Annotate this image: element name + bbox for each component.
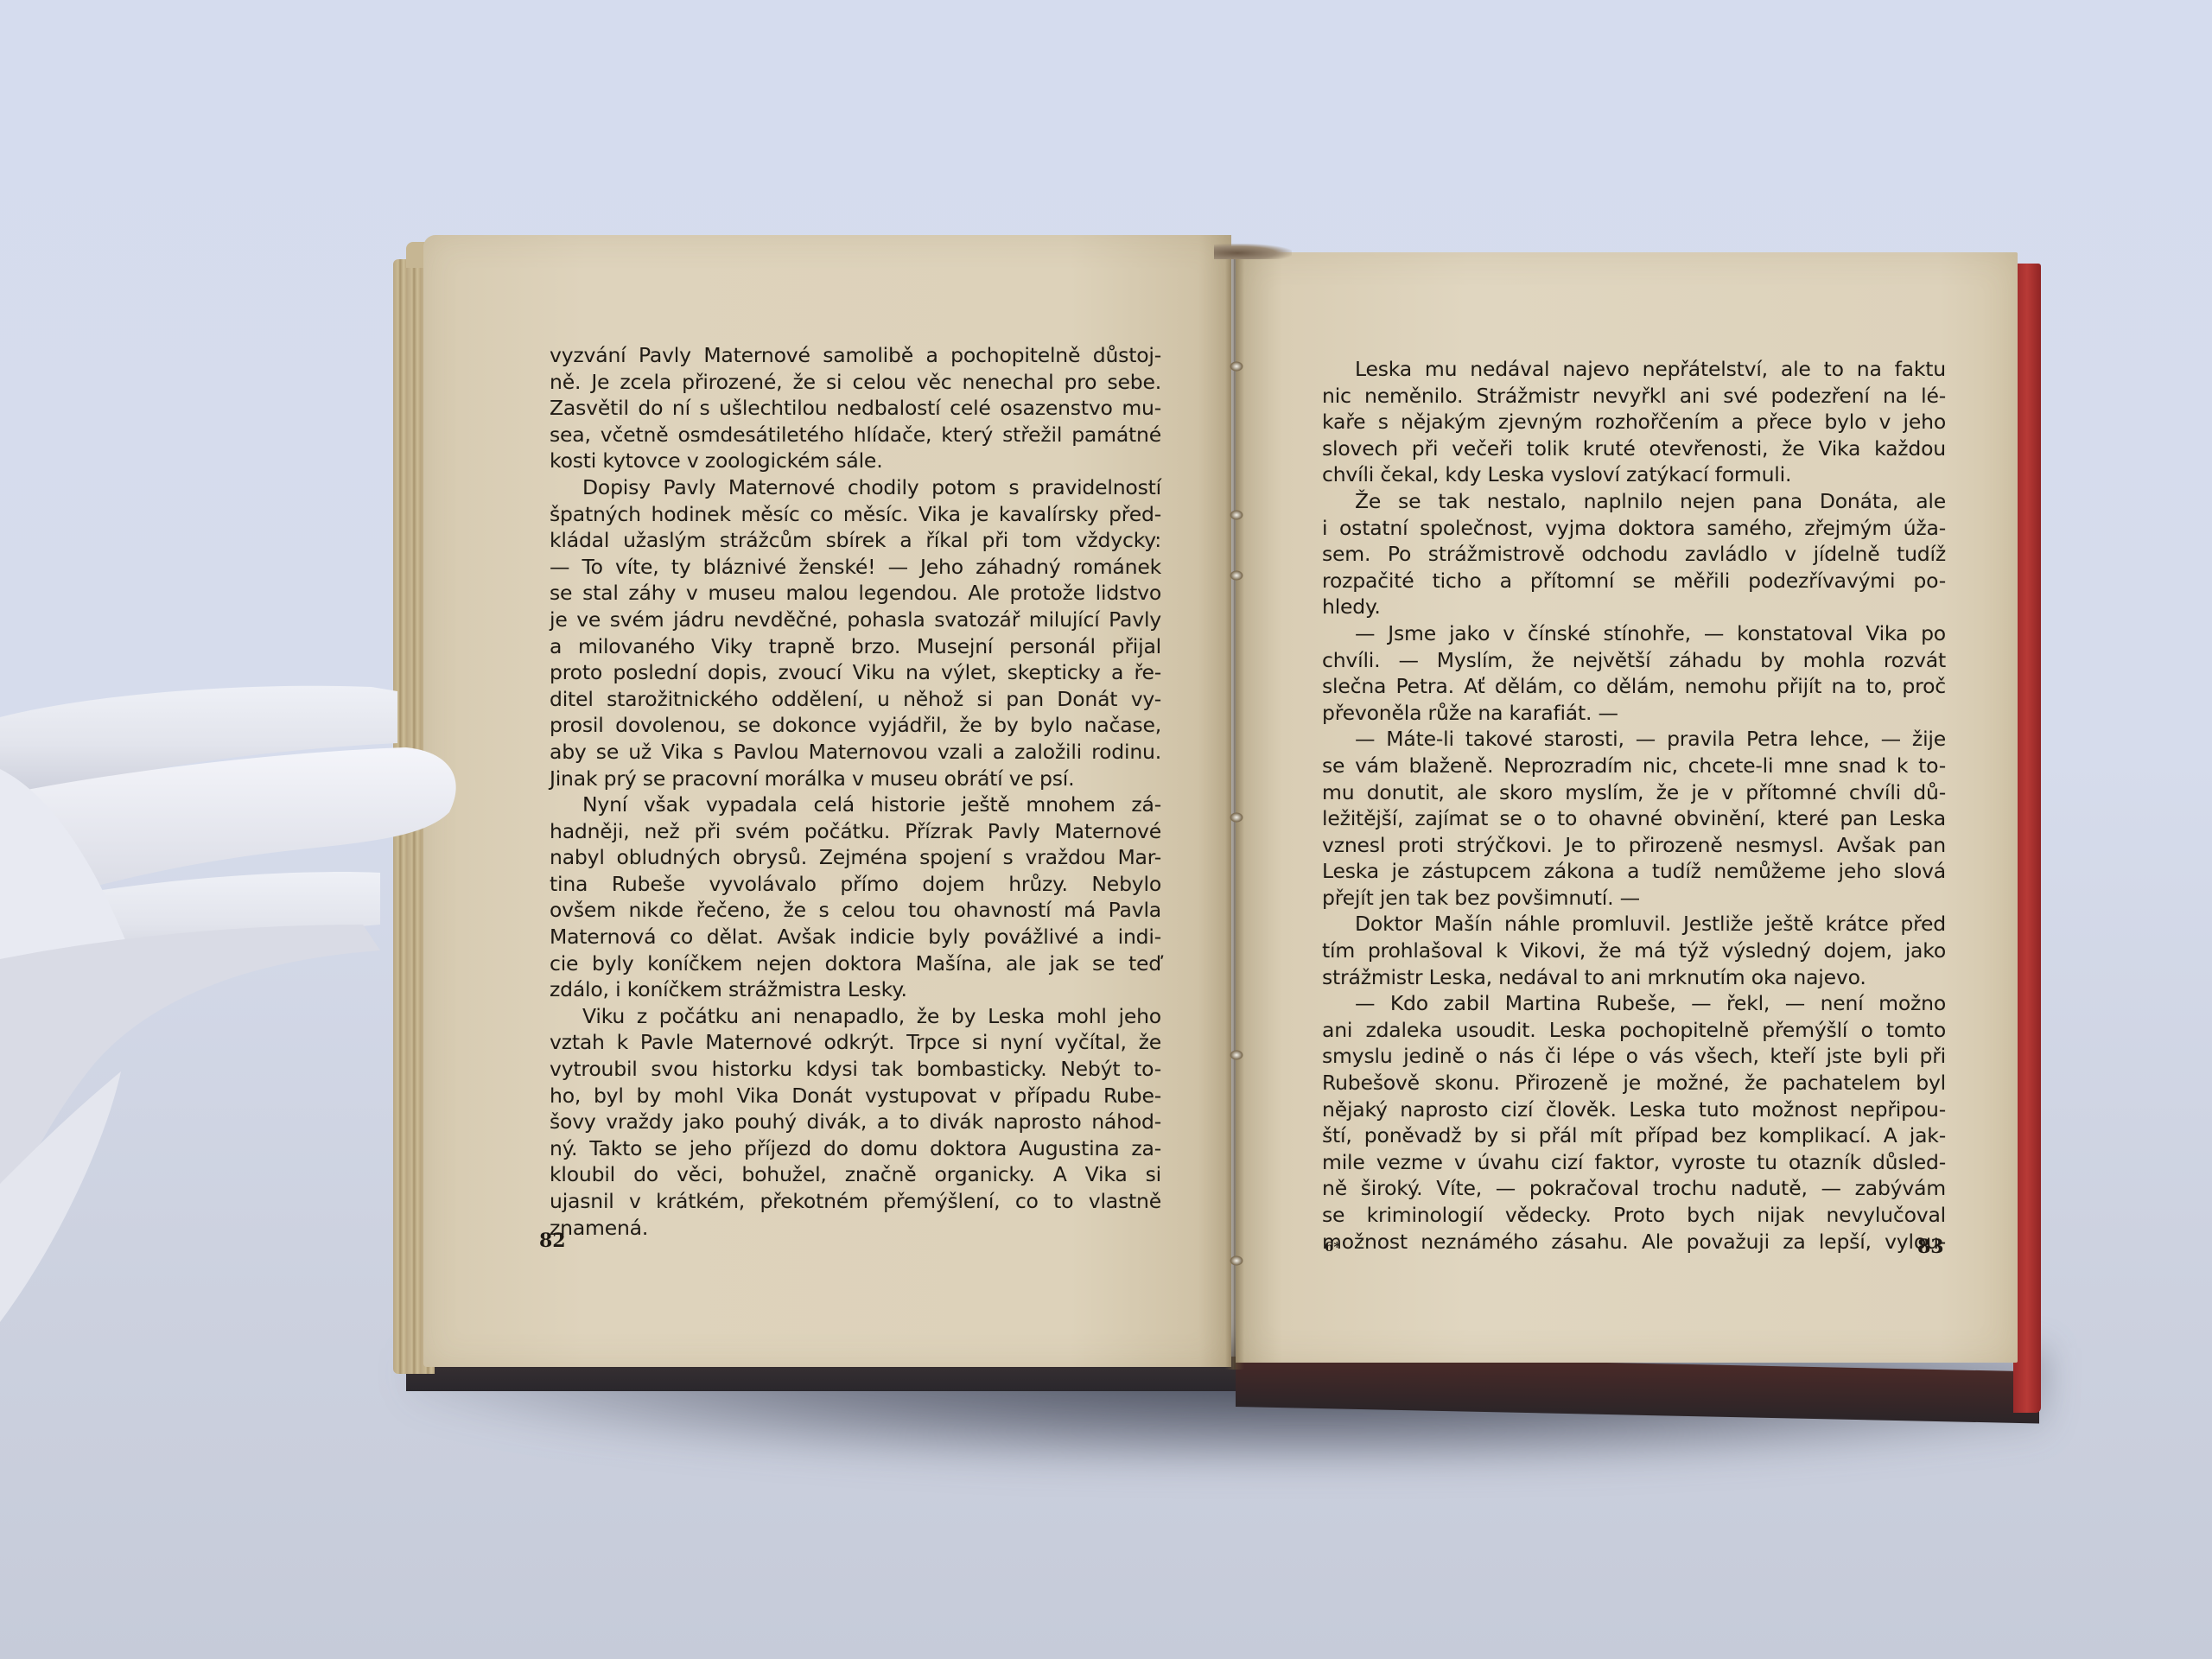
text-line: Leska mu nedával najevo nepřátelství, al… [1322, 356, 1946, 383]
text-line: Rubešově skonu. Přirozeně je možné, že p… [1322, 1070, 1946, 1096]
text-line: ně. Je zcela přirozené, že si celou věc … [550, 369, 1161, 396]
text-line: ovšem nikde řečeno, že s celou tou ohavn… [550, 897, 1161, 924]
text-line: slečna Petra. Ať dělám, co dělám, nemohu… [1322, 673, 1946, 700]
text-line: kaře s nějakým zjevným rozhořčením a pře… [1322, 409, 1946, 435]
white-glove-hand [0, 665, 484, 1443]
text-line: mile vezme v úvahu cizí faktor, vyroste … [1322, 1149, 1946, 1176]
text-line: šovy vraždy jako pouhý divák, a to divák… [550, 1109, 1161, 1135]
text-line: — To víte, ty bláznivé ženské! — Jeho zá… [550, 554, 1161, 581]
text-line: Dopisy Pavly Maternové chodily potom s p… [550, 474, 1161, 501]
text-line: ně široký. Víte, — pokračoval trochu nad… [1322, 1175, 1946, 1202]
page-number-right: 83 [1917, 1236, 1944, 1258]
text-line: ležitější, zajímat se o to ohavné obvině… [1322, 805, 1946, 832]
text-line: chvíli čekal, kdy Leska vysloví zatýkací… [1322, 461, 1946, 488]
left-page-text: vyzvání Pavly Maternové samolibě a pocho… [550, 342, 1161, 1241]
text-line: — Máte-li takové starosti, — pravila Pet… [1322, 726, 1946, 753]
text-line: hledy. [1322, 594, 1946, 620]
photo-scene: vyzvání Pavly Maternové samolibě a pocho… [0, 0, 2212, 1659]
text-line: kloubil do věci, bohužel, značně organic… [550, 1161, 1161, 1188]
text-line: aby se už Vika s Pavlou Maternovou vzali… [550, 739, 1161, 766]
text-line: Leska je zástupcem zákona a tudíž nemůže… [1322, 858, 1946, 885]
text-line: vytroubil svou historku kdysi tak bombas… [550, 1056, 1161, 1083]
text-line: Zasvětil do ní s ušlechtilou nedbalostí … [550, 395, 1161, 422]
text-line: Jinak prý se pracovní morálka v museu ob… [550, 766, 1161, 792]
text-line: se vám blaženě. Neprozradím nic, chcete-… [1322, 753, 1946, 779]
text-line: smyslu jedině o nás či lépe o vás všech,… [1322, 1043, 1946, 1070]
text-line: slovech při večeři tolik kruté otevřenos… [1322, 435, 1946, 462]
text-line: ho, byl by mohl Vika Donát vystupovat v … [550, 1083, 1161, 1109]
binding-stitch [1230, 1050, 1243, 1060]
binding-stitch [1230, 1255, 1243, 1266]
text-line: vznesl proti strýčkovi. Je to přirozeně … [1322, 832, 1946, 859]
text-line: špatných hodinek měsíc co měsíc. Vika je… [550, 501, 1161, 528]
text-line: nic neměnilo. Strážmistr nevyřkl ani své… [1322, 383, 1946, 410]
text-line: tím prohlašoval k Vikovi, že má týž výsl… [1322, 938, 1946, 964]
text-line: Že se tak nestalo, naplnilo nejen pana D… [1322, 488, 1946, 515]
text-line: kládal užaslým strážcům sbírek a říkal p… [550, 527, 1161, 554]
text-line: Doktor Mašín náhle promluvil. Jestliže j… [1322, 911, 1946, 938]
page-number-left: 82 [539, 1230, 566, 1252]
text-line: vyzvání Pavly Maternové samolibě a pocho… [550, 342, 1161, 369]
text-line: rozpačité ticho a přítomní se měřili pod… [1322, 568, 1946, 594]
text-line: chvíli. — Myslím, že největší záhadu by … [1322, 647, 1946, 674]
text-line: strážmistr Leska, nedával to ani mrknutí… [1322, 964, 1946, 991]
binding-stitch [1230, 361, 1243, 372]
text-line: i ostatní společnost, vyjma doktora samé… [1322, 515, 1946, 542]
right-page-text: Leska mu nedával najevo nepřátelství, al… [1322, 356, 1946, 1255]
text-line: ujasnil v krátkém, překotném přemýšlení,… [550, 1188, 1161, 1215]
text-line: hadněji, než při svém počátku. Přízrak P… [550, 818, 1161, 845]
text-line: — Kdo zabil Martina Rubeše, — řekl, — ne… [1322, 990, 1946, 1017]
glove-icon [0, 665, 484, 1443]
text-line: možnost neznámého zásahu. Ale považuji z… [1322, 1229, 1946, 1255]
text-line: — Jsme jako v čínské stínohře, — konstat… [1322, 620, 1946, 647]
signature-mark: 6* [1325, 1239, 1340, 1255]
binding-stitch [1230, 812, 1243, 823]
text-line: je ve svém jádru nevděčné, pohasla svato… [550, 607, 1161, 633]
text-line: prosil dovolenou, se dokonce vyjádřil, ž… [550, 712, 1161, 739]
book-spine-gutter [1225, 246, 1244, 1370]
text-line: se stal záhy v museu malou legendou. Ale… [550, 580, 1161, 607]
text-line: sem. Po strážmistrově odchodu zavládlo v… [1322, 541, 1946, 568]
text-line: mu donutit, ale skoro myslím, že je v př… [1322, 779, 1946, 806]
text-line: vztah k Pavle Maternové odkrýt. Trpce si… [550, 1029, 1161, 1056]
text-line: Viku z počátku ani nenapadlo, že by Lesk… [550, 1003, 1161, 1030]
binding-stitch [1230, 510, 1243, 520]
text-line: Nyní však vypadala celá historie ještě m… [550, 791, 1161, 818]
text-line: přejít jen tak bez povšimnutí. — [1322, 885, 1946, 912]
text-line: nabyl obludných obrysů. Zejména spojení … [550, 844, 1161, 871]
binding-stitch [1230, 570, 1243, 581]
spine-headband [1214, 244, 1292, 259]
text-line: znamená. [550, 1215, 1161, 1242]
text-line: Maternová co dělat. Avšak indicie byly p… [550, 924, 1161, 950]
text-line: a milovaného Viky trapně brzo. Musejní p… [550, 633, 1161, 660]
text-line: kosti kytovce v zoologickém sále. [550, 448, 1161, 474]
text-line: sea, včetně osmdesátiletého hlídače, kte… [550, 422, 1161, 448]
text-line: zdálo, i koníčkem strážmistra Lesky. [550, 976, 1161, 1003]
text-line: cie byly koníčkem nejen doktora Mašína, … [550, 950, 1161, 977]
text-line: ani zdaleka usoudit. Leska pochopitelně … [1322, 1017, 1946, 1044]
text-line: ditel starožitnického oddělení, u něhož … [550, 686, 1161, 713]
text-line: tina Rubeše vyvolávalo přímo dojem hrůzy… [550, 871, 1161, 898]
text-line: proto poslední dopis, zvoucí Viku na výl… [550, 659, 1161, 686]
text-line: se kriminologií vědecky. Proto bych nija… [1322, 1202, 1946, 1229]
text-line: ný. Takto se jeho příjezd do domu doktor… [550, 1135, 1161, 1162]
text-line: převoněla růže na karafiát. — [1322, 700, 1946, 727]
text-line: ští, poněvadž by si přál mít případ bez … [1322, 1122, 1946, 1149]
text-line: nějaký naprosto cizí člověk. Leska tuto … [1322, 1096, 1946, 1123]
